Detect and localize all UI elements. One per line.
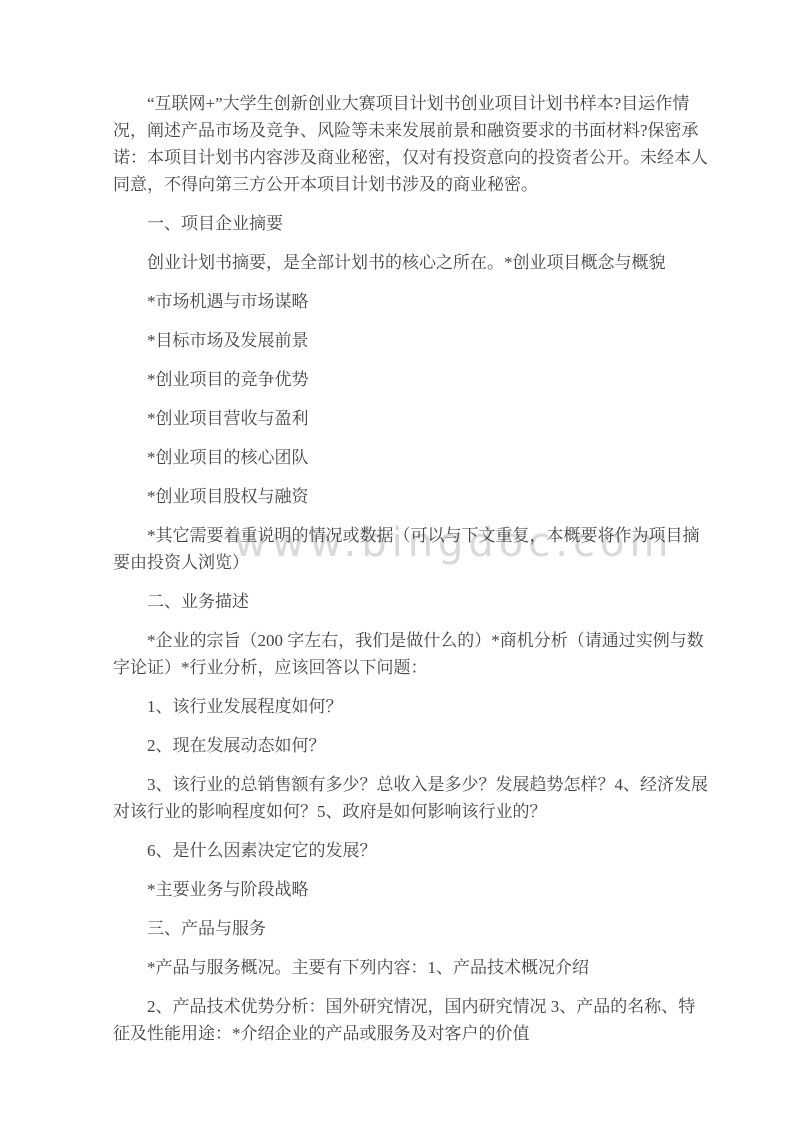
paragraph-line: 要由投资人浏览） <box>113 549 691 576</box>
paragraph-line: 2、产品技术优势分析：国外研究情况，国内研究情况 3、产品的名称、特 <box>113 993 691 1020</box>
paragraph: *目标市场及发展前景 <box>113 327 691 354</box>
paragraph: *主要业务与阶段战略 <box>113 876 691 903</box>
paragraph: *其它需要着重说明的情况或数据（可以与下文重复，本概要将作为项目摘要由投资人浏览… <box>113 522 691 576</box>
paragraph: *创业项目的竞争优势 <box>113 366 691 393</box>
paragraph-line: 对该行业的影响程度如何？5、政府是如何影响该行业的？ <box>113 798 691 825</box>
document-body: “互联网+”大学生创新创业大赛项目计划书创业项目计划书样本?目运作情况，阐述产品… <box>113 90 691 1059</box>
paragraph-line: 征及性能用途：*介绍企业的产品或服务及对客户的价值 <box>113 1020 691 1047</box>
paragraph-line: *创业项目的竞争优势 <box>113 366 691 393</box>
paragraph-line: *创业项目的核心团队 <box>113 444 691 471</box>
paragraph: 2、产品技术优势分析：国外研究情况，国内研究情况 3、产品的名称、特征及性能用途… <box>113 993 691 1047</box>
paragraph: 3、该行业的总销售额有多少？总收入是多少？发展趋势怎样？4、经济发展对该行业的影… <box>113 771 691 825</box>
paragraph: 2、现在发展动态如何？ <box>113 732 691 759</box>
paragraph-line: 诺：本项目计划书内容涉及商业秘密，仅对有投资意向的投资者公开。未经本人 <box>113 144 691 171</box>
paragraph-line: 创业计划书摘要，是全部计划书的核心之所在。*创业项目概念与概貌 <box>113 249 691 276</box>
paragraph: 一、项目企业摘要 <box>113 210 691 237</box>
paragraph-line: 一、项目企业摘要 <box>113 210 691 237</box>
paragraph: 二、业务描述 <box>113 588 691 615</box>
paragraph: “互联网+”大学生创新创业大赛项目计划书创业项目计划书样本?目运作情况，阐述产品… <box>113 90 691 198</box>
paragraph: *企业的宗旨（200 字左右，我们是做什么的）*商机分析（请通过实例与数字论证）… <box>113 627 691 681</box>
paragraph: *产品与服务概况。主要有下列内容：1、产品技术概况介绍 <box>113 954 691 981</box>
paragraph: 创业计划书摘要，是全部计划书的核心之所在。*创业项目概念与概貌 <box>113 249 691 276</box>
paragraph-line: *市场机遇与市场谋略 <box>113 288 691 315</box>
paragraph-line: *企业的宗旨（200 字左右，我们是做什么的）*商机分析（请通过实例与数 <box>113 627 691 654</box>
paragraph: 1、该行业发展程度如何？ <box>113 693 691 720</box>
paragraph-line: 1、该行业发展程度如何？ <box>113 693 691 720</box>
paragraph: *市场机遇与市场谋略 <box>113 288 691 315</box>
paragraph-line: *产品与服务概况。主要有下列内容：1、产品技术概况介绍 <box>113 954 691 981</box>
paragraph-line: 6、是什么因素决定它的发展？ <box>113 837 691 864</box>
paragraph-line: 况，阐述产品市场及竞争、风险等未来发展前景和融资要求的书面材料?保密承 <box>113 117 691 144</box>
paragraph-line: 三、产品与服务 <box>113 915 691 942</box>
paragraph-line: 同意，不得向第三方公开本项目计划书涉及的商业秘密。 <box>113 171 691 198</box>
paragraph-line: *创业项目营收与盈利 <box>113 405 691 432</box>
paragraph-line: “互联网+”大学生创新创业大赛项目计划书创业项目计划书样本?目运作情 <box>113 90 691 117</box>
paragraph-line: 字论证）*行业分析，应该回答以下问题： <box>113 654 691 681</box>
paragraph-line: 2、现在发展动态如何？ <box>113 732 691 759</box>
paragraph-line: *主要业务与阶段战略 <box>113 876 691 903</box>
paragraph-line: *其它需要着重说明的情况或数据（可以与下文重复，本概要将作为项目摘 <box>113 522 691 549</box>
paragraph: 6、是什么因素决定它的发展？ <box>113 837 691 864</box>
paragraph: *创业项目的核心团队 <box>113 444 691 471</box>
paragraph: 三、产品与服务 <box>113 915 691 942</box>
paragraph-line: *目标市场及发展前景 <box>113 327 691 354</box>
paragraph-line: 3、该行业的总销售额有多少？总收入是多少？发展趋势怎样？4、经济发展 <box>113 771 691 798</box>
paragraph: *创业项目营收与盈利 <box>113 405 691 432</box>
paragraph: *创业项目股权与融资 <box>113 483 691 510</box>
paragraph-line: 二、业务描述 <box>113 588 691 615</box>
document-page: www.bingdoc.com “互联网+”大学生创新创业大赛项目计划书创业项目… <box>0 0 800 1132</box>
paragraph-line: *创业项目股权与融资 <box>113 483 691 510</box>
